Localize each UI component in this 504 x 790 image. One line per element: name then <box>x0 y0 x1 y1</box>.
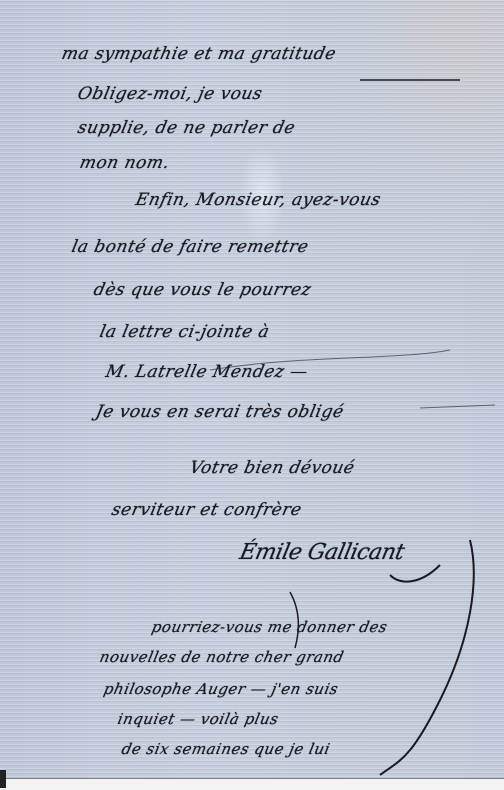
letter-line: la bonté de faire remettre <box>70 237 311 257</box>
letter-line: ma sympathie et ma gratitude <box>60 44 338 64</box>
postscript-line: pourriez-vous me donner des <box>150 618 389 636</box>
page-corner-shadow <box>0 770 6 788</box>
letter-line: Je vous en serai très obligé <box>94 402 346 422</box>
letter-line: Enfin, Monsieur, ayez-vous <box>134 190 383 210</box>
postscript-line: nouvelles de notre cher grand <box>98 648 346 666</box>
closing-line: Votre bien dévoué <box>188 458 357 478</box>
postscript-line: inquiet — voilà plus <box>116 710 280 728</box>
postscript-line: philosophe Auger — j'en suis <box>102 680 340 698</box>
closing-line: serviteur et confrère <box>110 500 304 520</box>
letter-line: dès que vous le pourrez <box>92 280 313 300</box>
letter-line: supplie, de ne parler de <box>76 118 297 138</box>
page-bottom-edge <box>0 778 504 790</box>
letter-line: mon nom. <box>78 153 172 173</box>
letter-page: ma sympathie et ma gratitude Obligez-moi… <box>0 0 504 780</box>
letter-line: la lettre ci-jointe à <box>98 322 272 342</box>
letter-line: Obligez-moi, je vous <box>76 84 264 104</box>
signature: Émile Gallicant <box>237 540 406 565</box>
postscript-line: de six semaines que je lui <box>120 740 332 758</box>
letter-line: M. Latrelle Mendez — <box>104 362 310 382</box>
